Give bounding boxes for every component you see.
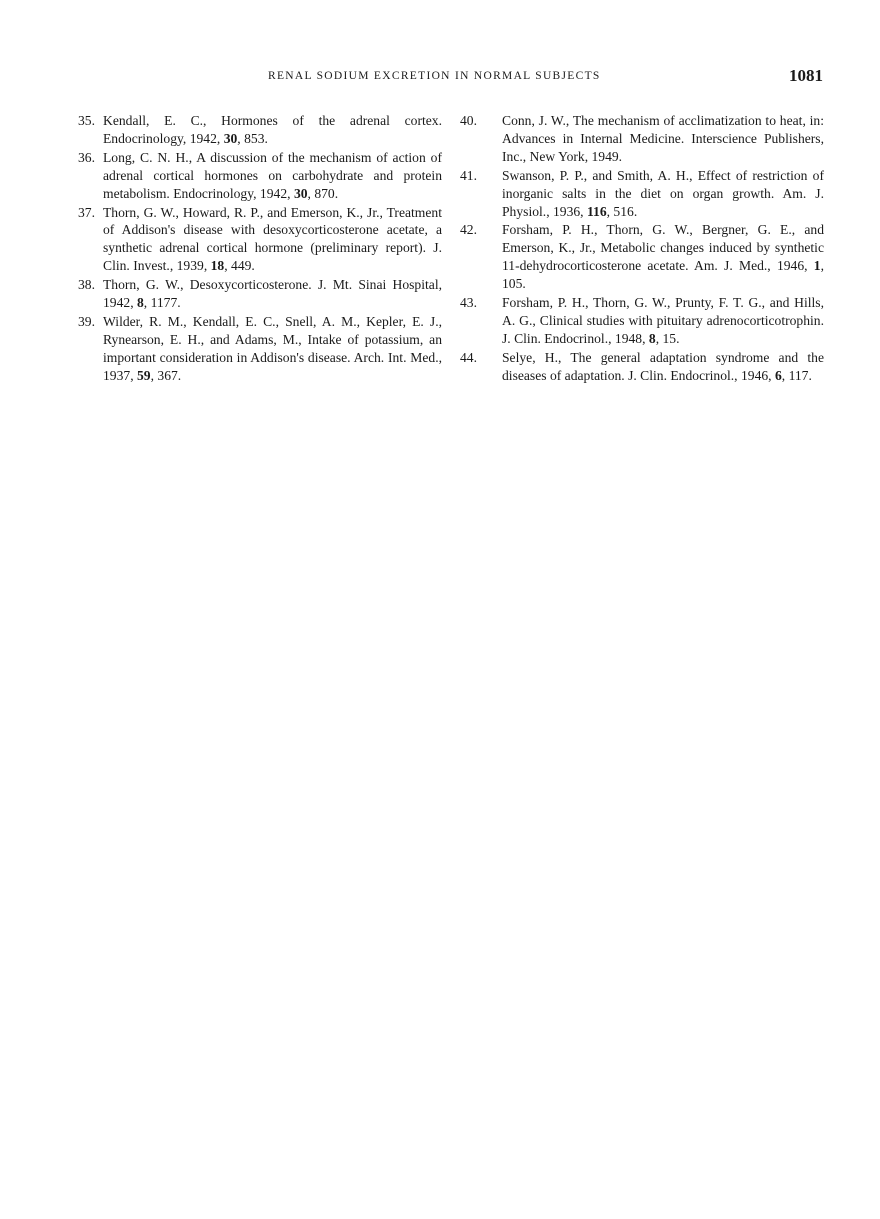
reference-pages: , 853. bbox=[237, 131, 268, 146]
reference-number: 44. bbox=[460, 349, 477, 367]
reference-43: 43. Forsham, P. H., Thorn, G. W., Prunty… bbox=[460, 294, 824, 348]
reference-number: 39. bbox=[78, 313, 95, 331]
reference-40: 40. Conn, J. W., The mechanism of acclim… bbox=[460, 112, 824, 166]
running-title: Renal Sodium Excretion in Normal Subject… bbox=[268, 70, 601, 82]
reference-number: 42. bbox=[460, 221, 477, 239]
reference-36: 36. Long, C. N. H., A discussion of the … bbox=[78, 149, 442, 203]
reference-pages: , 1177. bbox=[144, 295, 181, 310]
reference-pages: , 870. bbox=[308, 186, 339, 201]
reference-volume: 30 bbox=[294, 186, 308, 201]
reference-volume: 8 bbox=[649, 331, 656, 346]
reference-text: Kendall, E. C., Hormones of the adrenal … bbox=[103, 113, 442, 146]
reference-38: 38. Thorn, G. W., Desoxycorticosterone. … bbox=[78, 276, 442, 312]
reference-text: Long, C. N. H., A discussion of the mech… bbox=[103, 150, 442, 201]
reference-number: 40. bbox=[460, 112, 477, 130]
reference-volume: 1 bbox=[814, 258, 821, 273]
page-number: 1081 bbox=[789, 66, 823, 86]
reference-42: 42. Forsham, P. H., Thorn, G. W., Bergne… bbox=[460, 221, 824, 293]
reference-number: 35. bbox=[78, 112, 95, 130]
reference-text: Swanson, P. P., and Smith, A. H., Effect… bbox=[502, 168, 824, 219]
reference-41: 41. Swanson, P. P., and Smith, A. H., Ef… bbox=[460, 167, 824, 221]
reference-39: 39. Wilder, R. M., Kendall, E. C., Snell… bbox=[78, 313, 442, 385]
reference-pages: , 449. bbox=[224, 258, 255, 273]
reference-text: Forsham, P. H., Thorn, G. W., Bergner, G… bbox=[502, 222, 824, 273]
reference-volume: 116 bbox=[587, 204, 607, 219]
reference-number: 41. bbox=[460, 167, 477, 185]
reference-number: 37. bbox=[78, 204, 95, 222]
reference-volume: 18 bbox=[211, 258, 225, 273]
reference-44: 44. Selye, H., The general adaptation sy… bbox=[460, 349, 824, 385]
reference-pages: , 516. bbox=[607, 204, 638, 219]
reference-number: 43. bbox=[460, 294, 477, 312]
reference-pages: , 15. bbox=[656, 331, 680, 346]
reference-pages: , 117. bbox=[782, 368, 812, 383]
reference-volume: 30 bbox=[224, 131, 238, 146]
references-left-column: 35. Kendall, E. C., Hormones of the adre… bbox=[78, 112, 442, 386]
reference-volume: 59 bbox=[137, 368, 151, 383]
reference-text: Thorn, G. W., Howard, R. P., and Emerson… bbox=[103, 205, 442, 274]
references-right-column: 40. Conn, J. W., The mechanism of acclim… bbox=[460, 112, 824, 386]
reference-volume: 8 bbox=[137, 295, 144, 310]
running-head: Renal Sodium Excretion in Normal Subject… bbox=[0, 66, 880, 90]
reference-pages: , 367. bbox=[151, 368, 182, 383]
reference-35: 35. Kendall, E. C., Hormones of the adre… bbox=[78, 112, 442, 148]
reference-volume: 6 bbox=[775, 368, 782, 383]
reference-37: 37. Thorn, G. W., Howard, R. P., and Eme… bbox=[78, 204, 442, 276]
reference-text: Conn, J. W., The mechanism of acclimatiz… bbox=[502, 113, 824, 164]
reference-number: 38. bbox=[78, 276, 95, 294]
reference-number: 36. bbox=[78, 149, 95, 167]
